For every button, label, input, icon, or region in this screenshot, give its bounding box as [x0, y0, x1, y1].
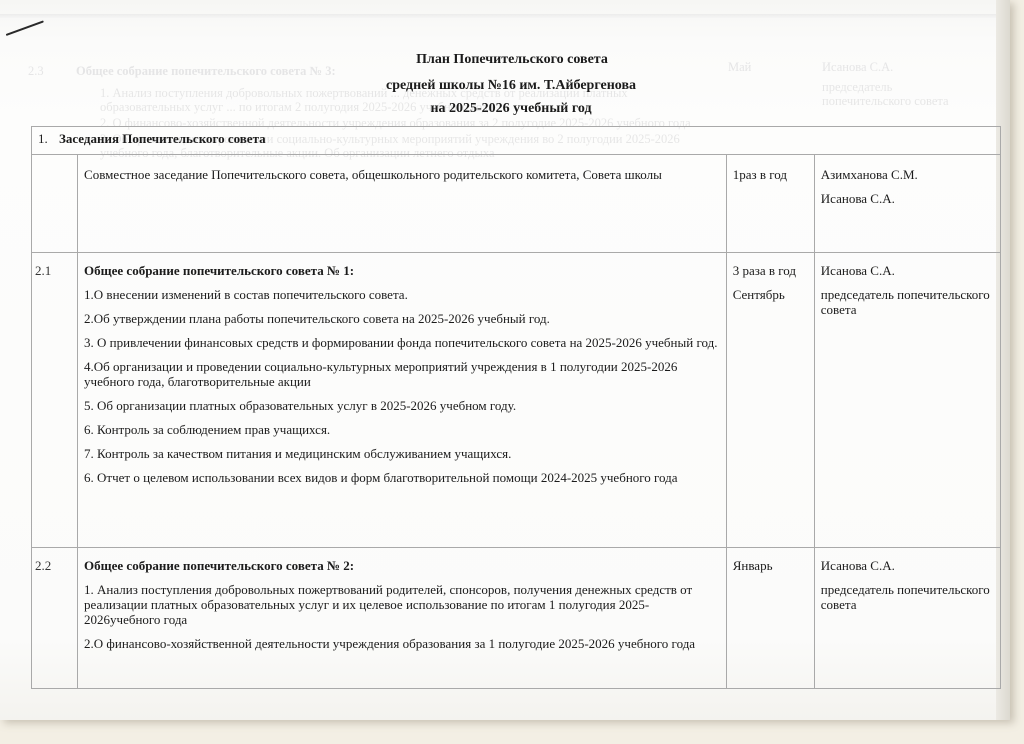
section-number: 1. [38, 131, 48, 146]
document-title-line-1: План Попечительского совета [0, 52, 1010, 68]
document-title-line-2: средней школы №16 им. Т.Айбергенова [0, 78, 1010, 94]
row-description-cell: Общее собрание попечительского совета № … [78, 548, 727, 689]
row-schedule-cell: Январь [726, 548, 814, 689]
schedule-line: 3 раза в год [733, 263, 810, 278]
row-number-cell: 2.2 [32, 548, 78, 689]
table-row: Совместное заседание Попечительского сов… [32, 155, 1001, 253]
scanned-page: 2.3 Общее собрание попечительского совет… [0, 0, 1010, 720]
row-item: 1.О внесении изменений в состав попечите… [84, 287, 720, 302]
row-schedule-cell: 3 раза в год Сентябрь [726, 253, 814, 548]
responsible-line: Исанова С.А. [821, 191, 996, 206]
row-schedule-cell: 1раз в год [726, 155, 814, 253]
row-item: 6. Отчет о целевом использовании всех ви… [84, 470, 720, 485]
row-item: 2.Об утверждении плана работы попечитель… [84, 311, 720, 326]
schedule-line: 1раз в год [733, 167, 810, 182]
table-row: 2.2 Общее собрание попечительского совет… [32, 548, 1001, 689]
row-item: 4.Об организации и проведении социально-… [84, 359, 720, 389]
row-item: 6. Контроль за соблюдением прав учащихся… [84, 422, 720, 437]
row-number-cell: 2.1 [32, 253, 78, 548]
responsible-line: Исанова С.А. [821, 263, 996, 278]
row-heading: Общее собрание попечительского совета № … [84, 263, 720, 278]
table-row: 2.1 Общее собрание попечительского совет… [32, 253, 1001, 548]
row-description-cell: Совместное заседание Попечительского сов… [78, 155, 727, 253]
row-responsible-cell: Азимханова С.М. Исанова С.А. [814, 155, 1000, 253]
schedule-line: Январь [733, 558, 810, 573]
responsible-line: Исанова С.А. [821, 558, 996, 573]
section-title: Заседания Попечительского совета [59, 131, 266, 146]
row-item: Совместное заседание Попечительского сов… [84, 167, 720, 182]
row-item: 7. Контроль за качеством питания и медиц… [84, 446, 720, 461]
row-item: 3. О привлечении финансовых средств и фо… [84, 335, 720, 350]
section-header-cell: 1. Заседания Попечительского совета [32, 127, 1001, 155]
pen-mark [6, 20, 44, 36]
responsible-line: Азимханова С.М. [821, 167, 996, 182]
row-responsible-cell: Исанова С.А. председатель попечительског… [814, 253, 1000, 548]
row-item: 1. Анализ поступления добровольных пожер… [84, 582, 720, 627]
section-header-row: 1. Заседания Попечительского совета [32, 127, 1001, 155]
row-description-cell: Общее собрание попечительского совета № … [78, 253, 727, 548]
responsible-line: председатель попечительского совета [821, 287, 996, 317]
responsible-line: председатель попечительского совета [821, 582, 996, 612]
plan-table: 1. Заседания Попечительского совета Совм… [31, 126, 1001, 689]
row-responsible-cell: Исанова С.А. председатель попечительског… [814, 548, 1000, 689]
row-item: 5. Об организации платных образовательны… [84, 398, 720, 413]
row-heading: Общее собрание попечительского совета № … [84, 558, 720, 573]
scan-streak [0, 14, 1010, 18]
schedule-line: Сентябрь [733, 287, 810, 302]
row-item: 2.О финансово-хозяйственной деятельности… [84, 636, 720, 651]
document-title-line-3: на 2025-2026 учебный год [0, 101, 1010, 117]
row-number-cell [32, 155, 78, 253]
